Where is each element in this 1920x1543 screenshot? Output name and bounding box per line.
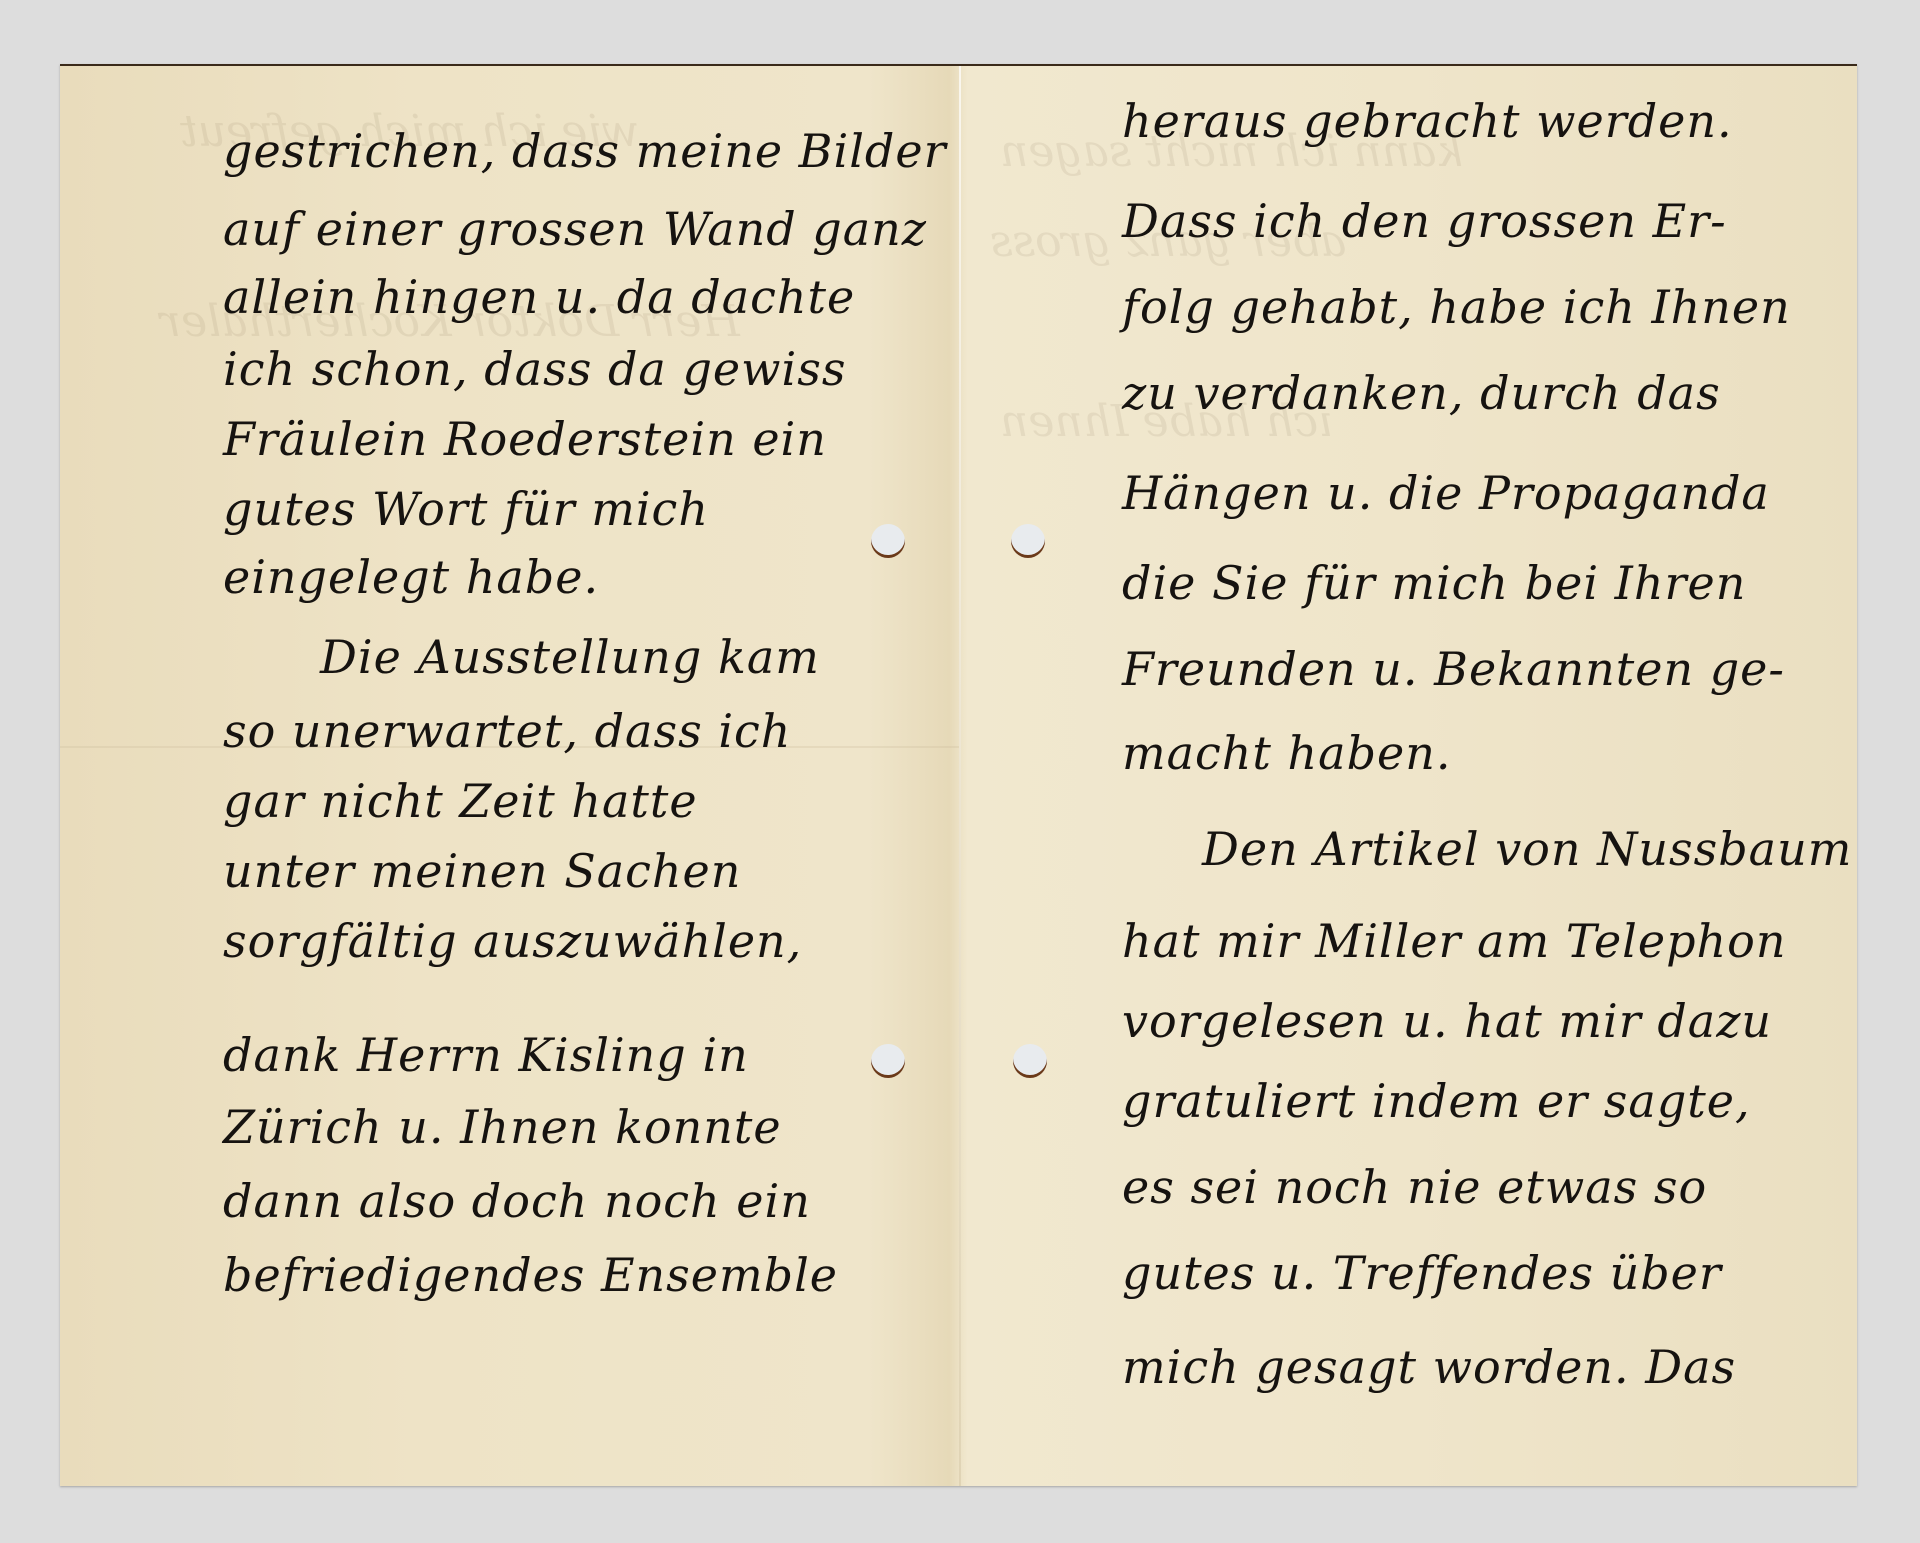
letter-line: dann also doch noch ein xyxy=(223,1178,811,1224)
letter-line: Den Artikel von Nussbaum xyxy=(1202,826,1852,872)
letter-line: Hängen u. die Propaganda xyxy=(1122,470,1770,516)
letter-line: gestrichen, dass meine Bilder xyxy=(223,128,947,174)
letter-line: heraus gebracht werden. xyxy=(1122,98,1733,144)
letter-line: mich gesagt worden. Das xyxy=(1122,1344,1736,1390)
letter-line: gar nicht Zeit hatte xyxy=(223,778,698,824)
letter-line: macht haben. xyxy=(1122,730,1452,776)
letter-line: hat mir Miller am Telephon xyxy=(1122,918,1787,964)
letter-line: allein hingen u. da dachte xyxy=(223,274,855,320)
letter-line: gratuliert indem er sagte, xyxy=(1122,1078,1751,1124)
letter-line: gutes u. Treffendes über xyxy=(1122,1250,1722,1296)
letter-line: vorgelesen u. hat mir dazu xyxy=(1122,998,1772,1044)
letter-line: auf einer grossen Wand ganz xyxy=(223,206,927,252)
letter-line: Fräulein Roederstein ein xyxy=(223,416,827,462)
letter-line: befriedigendes Ensemble xyxy=(223,1252,838,1298)
punch-hole xyxy=(871,1044,905,1078)
center-fold xyxy=(959,66,961,1486)
letter-line: zu verdanken, durch das xyxy=(1122,370,1721,416)
letter-line: es sei noch nie etwas so xyxy=(1122,1164,1707,1210)
punch-hole xyxy=(1011,524,1045,558)
right-page: heraus gebracht werden. Dass ich den gro… xyxy=(962,66,1857,1486)
punch-hole xyxy=(871,524,905,558)
letter-line: die Sie für mich bei Ihren xyxy=(1122,560,1746,606)
letter-line: folg gehabt, habe ich Ihnen xyxy=(1122,284,1791,330)
letter-line: eingelegt habe. xyxy=(223,554,599,600)
letter-line: ich schon, dass da gewiss xyxy=(223,346,846,392)
letter-line: Dass ich den grossen Er- xyxy=(1122,198,1727,244)
letter-line: Zürich u. Ihnen konnte xyxy=(223,1104,782,1150)
letter-line: sorgfältig auszuwählen, xyxy=(223,918,802,964)
letter-line: gutes Wort für mich xyxy=(223,486,709,532)
punch-hole xyxy=(1013,1044,1047,1078)
letter-line: so unerwartet, dass ich xyxy=(223,708,791,754)
letter-line: Freunden u. Bekannten ge- xyxy=(1122,646,1785,692)
letter-line: unter meinen Sachen xyxy=(223,848,741,894)
left-page: gestrichen, dass meine Bilder auf einer … xyxy=(60,66,958,1486)
letter-line: Die Ausstellung kam xyxy=(320,634,820,680)
letter-sheet: wie ich mich gefreut Herr Doktor Kochert… xyxy=(60,64,1857,1486)
letter-line: dank Herrn Kisling in xyxy=(223,1032,749,1078)
